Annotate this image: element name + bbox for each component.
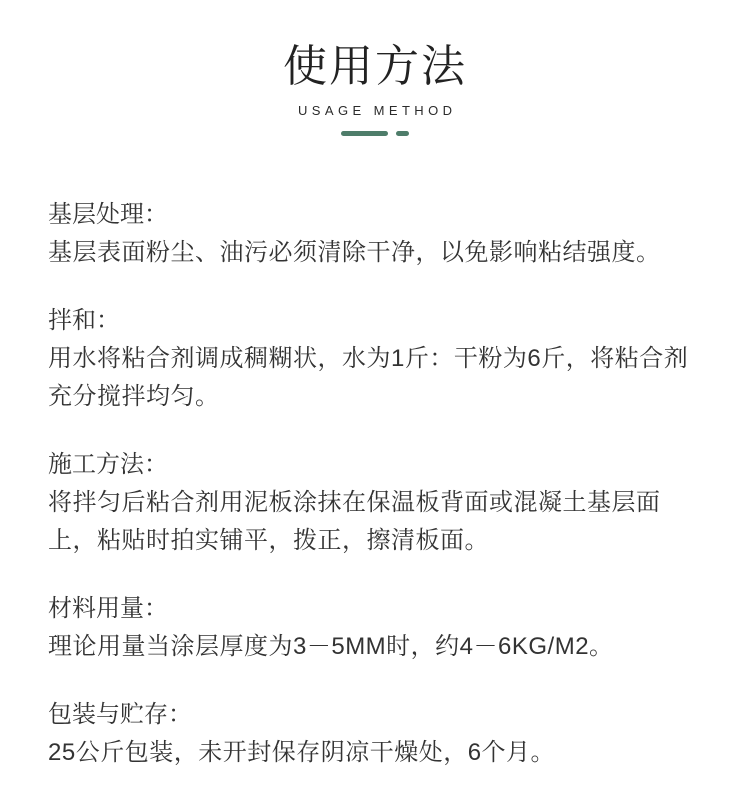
section-construction-method: 施工方法： 将拌匀后粘合剂用泥板涂抹在保温板背面或混凝土基层面上，粘贴时拍实铺平… xyxy=(48,446,708,560)
page-subtitle: USAGE METHOD xyxy=(0,103,750,118)
divider-bar-short xyxy=(396,131,409,136)
section-heading: 拌和： xyxy=(48,302,708,340)
usage-instructions-page: 使用方法 USAGE METHOD 基层处理： 基层表面粉尘、油污必须清除干净，… xyxy=(0,0,750,809)
section-heading: 材料用量： xyxy=(48,590,708,628)
section-body: 将拌匀后粘合剂用泥板涂抹在保温板背面或混凝土基层面上，粘贴时拍实铺平，拨正，擦清… xyxy=(48,484,708,560)
section-body: 基层表面粉尘、油污必须清除干净，以免影响粘结强度。 xyxy=(48,234,708,272)
section-body: 理论用量当涂层厚度为3－5MM时，约4－6KG/M2。 xyxy=(48,628,708,666)
page-header: 使用方法 USAGE METHOD xyxy=(0,0,750,136)
section-base-treatment: 基层处理： 基层表面粉尘、油污必须清除干净，以免影响粘结强度。 xyxy=(48,196,708,272)
section-material-usage: 材料用量： 理论用量当涂层厚度为3－5MM时，约4－6KG/M2。 xyxy=(48,590,708,666)
section-packaging-storage: 包装与贮存： 25公斤包装，未开封保存阴凉干燥处，6个月。 xyxy=(48,696,708,772)
section-heading: 施工方法： xyxy=(48,446,708,484)
divider-bar-long xyxy=(341,131,388,136)
page-title: 使用方法 xyxy=(0,42,750,92)
section-heading: 包装与贮存： xyxy=(48,696,708,734)
section-body: 25公斤包装，未开封保存阴凉干燥处，6个月。 xyxy=(48,734,708,772)
section-body: 用水将粘合剂调成稠糊状，水为1斤：干粉为6斤，将粘合剂充分搅拌均匀。 xyxy=(48,340,708,416)
title-divider xyxy=(0,131,750,136)
section-mixing: 拌和： 用水将粘合剂调成稠糊状，水为1斤：干粉为6斤，将粘合剂充分搅拌均匀。 xyxy=(48,302,708,416)
section-heading: 基层处理： xyxy=(48,196,708,234)
instructions-content: 基层处理： 基层表面粉尘、油污必须清除干净，以免影响粘结强度。 拌和： 用水将粘… xyxy=(0,196,750,772)
